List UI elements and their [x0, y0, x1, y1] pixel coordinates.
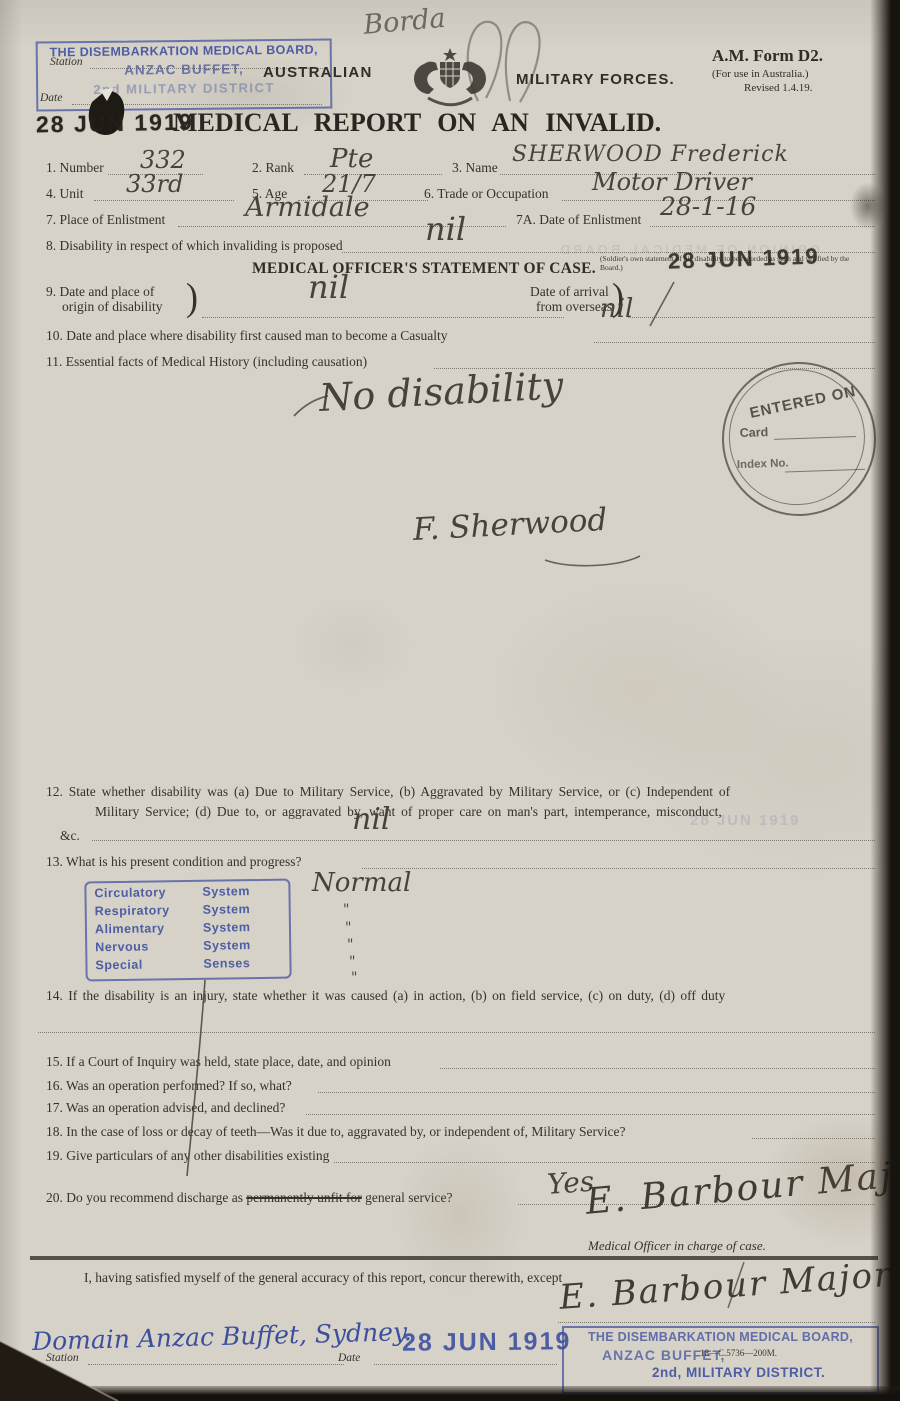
field-value-disability: nil — [425, 210, 466, 248]
concur-statement: I, having satisfied myself of the genera… — [84, 1270, 562, 1286]
q20-label: 20. Do you recommend discharge as perman… — [46, 1190, 453, 1206]
q9-value: nil — [308, 268, 349, 306]
q9-label-line1: 9. Date and place of — [46, 284, 154, 300]
form-line — [38, 1032, 875, 1033]
form-line — [318, 1092, 875, 1093]
ditto-mark: " — [343, 902, 349, 918]
form-line — [558, 1322, 875, 1323]
form-line — [752, 1138, 875, 1139]
printer-code: 18—C.5736—200M. — [700, 1348, 777, 1358]
stamp-line: 2nd MILITARY DISTRICT — [38, 79, 330, 97]
q12-line2: Military Service; (d) Due to, or aggrava… — [95, 804, 722, 820]
ditto-mark: " — [351, 970, 357, 986]
stamp-row-word: Circulatory — [94, 885, 166, 900]
q12-line1: 12. State whether disability was (a) Due… — [46, 784, 730, 800]
stamp-row-word: Special — [95, 958, 142, 973]
field-label-name: 3. Name — [452, 160, 498, 176]
page-title: MEDICAL REPORT ON AN INVALID. — [173, 108, 661, 138]
stamp-line: 2nd, MILITARY DISTRICT. — [652, 1365, 825, 1380]
form-line — [628, 317, 875, 318]
section-divider — [30, 1256, 878, 1260]
statement-heading: MEDICAL OFFICER'S STATEMENT OF CASE. — [252, 260, 596, 278]
q9-brace: ) — [186, 274, 198, 320]
field-value-date-enlistment: 28-1-16 — [660, 192, 756, 221]
q12-etc: &c. — [60, 828, 80, 844]
q15-label: 15. If a Court of Inquiry was held, stat… — [46, 1054, 391, 1070]
q20-struck-text: permanently unfit for — [246, 1190, 361, 1205]
q9-label-line2: origin of disability — [62, 299, 163, 315]
ditto-mark: " — [345, 920, 351, 936]
q20-prefix: 20. Do you recommend discharge as — [46, 1190, 246, 1205]
form-line — [440, 1068, 875, 1069]
form-line — [362, 868, 875, 869]
folded-corner — [0, 1335, 122, 1401]
field-label-unit: 4. Unit — [46, 186, 84, 202]
date-stamp-bottom: 28 JUN 1919 — [402, 1327, 572, 1357]
stamp-row-word: System — [203, 902, 251, 917]
form-line — [94, 200, 234, 201]
q20-suffix: general service? — [362, 1190, 453, 1205]
medical-officer-caption: Medical Officer in charge of case. — [588, 1238, 766, 1254]
q14-label: 14. If the disability is an injury, stat… — [46, 988, 725, 1004]
q11-label: 11. Essential facts of Medical History (… — [46, 354, 367, 370]
soldier-signature: F. Sherwood — [412, 502, 608, 548]
stamp-row-word: System — [202, 884, 250, 899]
q13-label: 13. What is his present condition and pr… — [46, 854, 301, 870]
form-line — [374, 1364, 557, 1365]
entered-on-stamp: ENTERED ON Card Index No. — [719, 359, 878, 518]
q12-value: nil — [352, 802, 391, 837]
disembarkation-board-stamp-bottom: THE DISEMBARKATION MEDICAL BOARD, ANZAC … — [562, 1326, 879, 1394]
org-right: MILITARY FORCES. — [516, 71, 675, 88]
entered-on-card-label: Card — [740, 425, 769, 440]
field-label-trade: 6. Trade or Occupation — [424, 186, 548, 202]
stamp-row-word: System — [203, 938, 251, 953]
form-line — [88, 1364, 344, 1365]
form-number: A.M. Form D2. — [712, 46, 823, 66]
field-label-number: 1. Number — [46, 160, 104, 176]
form-line — [202, 317, 564, 318]
stamp-line: THE DISEMBARKATION MEDICAL BOARD, — [564, 1330, 877, 1344]
form-line — [650, 226, 875, 227]
field-label-date-enlistment: 7A. Date of Enlistment — [516, 212, 641, 228]
stamp-row-word: System — [203, 920, 251, 935]
q19-label: 19. Give particulars of any other disabi… — [46, 1148, 329, 1164]
field-value-unit: 33rd — [126, 170, 183, 198]
stamp-line: THE DISEMBARKATION MEDICAL BOARD, — [38, 42, 330, 59]
no-disability-note: No disability — [318, 363, 564, 420]
date-stamp-mid: 28 JUN 1919 — [668, 243, 820, 274]
field-label-disability: 8. Disability in respect of which invali… — [46, 238, 343, 254]
arrival-value: nil — [600, 294, 633, 324]
arrival-label-line1: Date of arrival — [530, 284, 609, 300]
form-line — [92, 840, 875, 841]
date-label-bottom: Date — [338, 1352, 360, 1364]
q18-label: 18. In the case of loss or decay of teet… — [46, 1124, 625, 1140]
q10-label: 10. Date and place where disability firs… — [46, 328, 448, 344]
stamp-row-word: Alimentary — [95, 921, 165, 936]
ditto-mark: " — [349, 954, 355, 970]
form-use-note: (For use in Australia.) — [712, 68, 809, 80]
stamp-row-word: Nervous — [95, 940, 149, 955]
q13-value: Normal — [312, 868, 411, 898]
field-label-place-enlistment: 7. Place of Enlistment — [46, 212, 165, 228]
field-label-rank: 2. Rank — [252, 160, 294, 176]
stamp-row-word: Respiratory — [95, 903, 170, 918]
body-systems-stamp: Circulatory System Respiratory System Al… — [84, 879, 291, 982]
q17-label: 17. Was an operation advised, and declin… — [46, 1100, 285, 1116]
q16-label: 16. Was an operation performed? If so, w… — [46, 1078, 292, 1094]
date-stamp-top: 28 JUN 1919 — [36, 109, 194, 139]
form-line — [306, 1114, 875, 1115]
field-value-name: SHERWOOD Frederick — [512, 142, 789, 167]
scan-edge-right — [870, 0, 900, 1401]
scan-edge-bottom — [0, 1386, 900, 1401]
form-revision-note: Revised 1.4.19. — [744, 82, 812, 94]
stamp-row-word: Senses — [203, 956, 250, 971]
pencil-ship-note: Borda — [362, 3, 447, 41]
ditto-mark: " — [347, 937, 353, 953]
australian-coat-of-arms — [402, 46, 498, 110]
entered-on-index-label: Index No. — [737, 457, 789, 471]
concur-signature: E. Barbour Major — [558, 1255, 893, 1318]
scanned-medical-report-page: Station Date THE DISEMBARKATION MEDICAL … — [0, 0, 900, 1401]
field-value-place-enlistment: Armidale — [245, 192, 370, 223]
org-left: AUSTRALIAN — [263, 64, 373, 81]
form-line — [594, 342, 875, 343]
